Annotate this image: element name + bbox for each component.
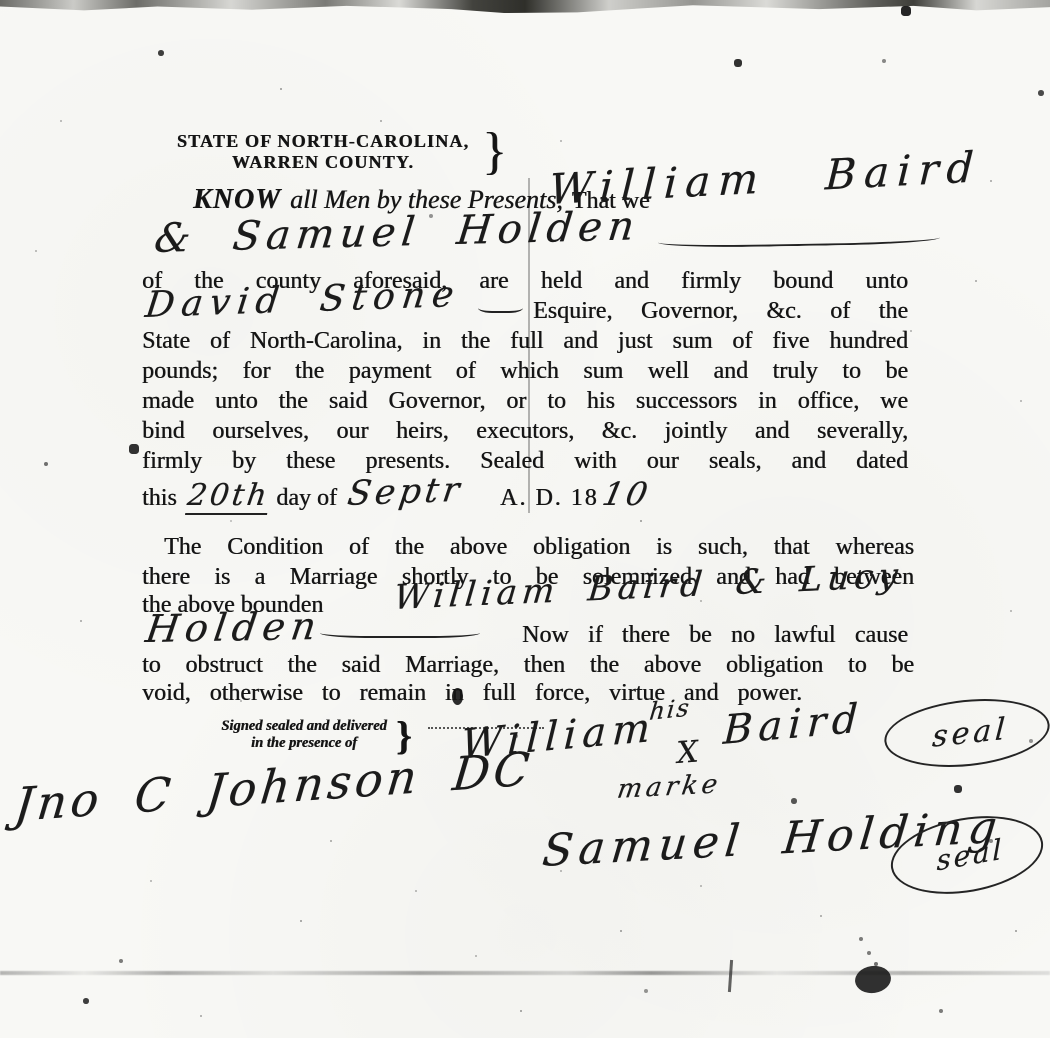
attestation-line-2: in the presence of — [214, 735, 394, 752]
obligation-line-7: firmly by these presents. Sealed with ou… — [142, 446, 908, 476]
obligation-line-4: pounds; for the payment of which sum wel… — [142, 356, 908, 386]
date-ad-text: A. D. 18 — [500, 485, 599, 512]
document-scan: STATE OF NORTH-CAROLINA, WARREN COUNTY. … — [0, 0, 1050, 1038]
short-dash — [478, 303, 523, 313]
attestation-block: Signed sealed and delivered in the prese… — [214, 718, 394, 752]
surname-dash — [320, 628, 480, 638]
date-line: this 20th day of Septr A. D. 18 10 — [142, 474, 645, 515]
flourish-dash — [658, 232, 940, 249]
bondsman-seal-text: seal — [936, 832, 1004, 877]
obligation-line-6: bind ourselves, our heirs, executors, &c… — [142, 416, 908, 446]
condition-line-1: The Condition of the above obligation is… — [142, 532, 914, 562]
condition-line-4-printed: Now if there be no lawful cause — [522, 622, 908, 649]
obligation-line-3: State of North-Carolina, in the full and… — [142, 326, 908, 356]
his-word-handwriting: his — [648, 693, 692, 726]
witness-signature: Jno C Johnson DC — [12, 741, 536, 832]
date-month-handwriting: Septr — [345, 470, 466, 514]
x-mark-handwriting: X — [676, 735, 700, 771]
horizontal-fold-crease — [0, 971, 1050, 975]
dust-speckles — [0, 0, 2, 2]
condition-line-6: void, otherwise to remain in full force,… — [142, 680, 802, 707]
obligation-line-2: Esquire, Governor, &c. of the — [533, 298, 908, 325]
groom-seal-oval: seal — [881, 692, 1050, 775]
date-year-handwriting: 10 — [599, 475, 654, 513]
letterhead: STATE OF NORTH-CAROLINA, WARREN COUNTY. — [162, 131, 484, 173]
marke-word-handwriting: marke — [615, 769, 723, 805]
crease-scratch — [728, 960, 733, 992]
obligation-line-5: made unto the said Governor, or to his s… — [142, 386, 908, 416]
date-prefix: this — [142, 485, 177, 512]
ink-blot-bottom — [853, 964, 892, 996]
state-line: STATE OF NORTH-CAROLINA, — [162, 131, 484, 152]
groom-seal-text: seal — [931, 711, 1010, 754]
condition-line-5: to obstruct the said Marriage, then the … — [142, 650, 914, 680]
letterhead-brace: } — [482, 122, 507, 181]
bride-surname-handwriting: Holden — [143, 604, 325, 651]
know-word: KNOW — [193, 184, 281, 216]
torn-top-edge — [0, 0, 1050, 13]
attestation-line-1: Signed sealed and delivered — [214, 718, 394, 735]
date-mid: day of — [276, 485, 337, 512]
date-day-handwriting: 20th — [185, 478, 272, 515]
county-line: WARREN COUNTY. — [162, 152, 484, 173]
